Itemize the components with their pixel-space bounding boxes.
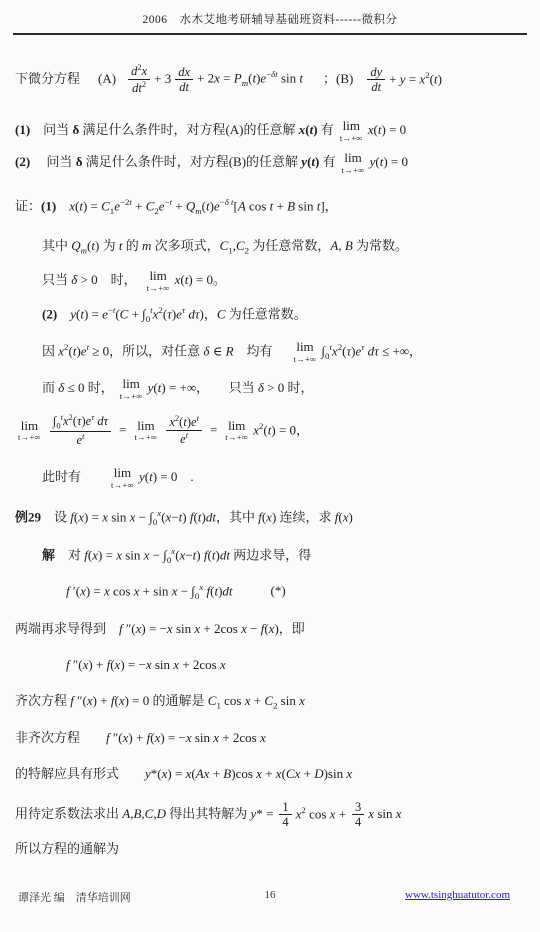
proof-nonneg-text: 因 x2(t)et ≥ 0，所以，对任意 δ ∈ R 均有 [42,341,286,361]
math-fraction-x2et-over-et: x2(t)et et [166,414,202,445]
undetermined-coefficients-text: 用待定系数法求出 A,B,C,D 得出其特解为 y* = [15,805,273,824]
math-fraction-dy-dt: dy dt [367,65,385,94]
proof-limit-x-value: x(t) = 0。 [175,271,226,290]
equals-sign: = [210,421,217,440]
equation-b-label: ；(B) [323,70,353,89]
equals-sign: = [119,421,126,440]
math-fraction-integral-over-et: ∫0tx2(τ)eτ dτ et [50,413,111,447]
limit-operator: lim t→+∞ [18,419,41,442]
equation-star-tag: (*) [271,582,286,601]
question-1-text: (1) 问当 δ 满足什么条件时，对方程(A)的任意解 x(t) 有 [15,121,334,140]
equation-intro-text: 下微分方程 [15,70,80,89]
equation-a-mid: + 3 [154,70,171,89]
line-solution-derivative-2: 两端再求导得到 f ″(x) = −x sin x + 2cos x − f(x… [15,620,305,639]
limit-operator: lim t→+∞ [294,340,317,363]
proof-limit-y-infinity: y(t) = +∞， 只当 δ > 0 时， [148,379,314,398]
limit-operator: lim t→+∞ [120,377,143,400]
document-page: 2006 水木艾地考研辅导基础班资料------微积分 下微分方程 (A) d2… [0,0,540,932]
line-proof-limit-equation: lim t→+∞ ∫0tx2(τ)eτ dτ et = lim t→+∞ x2(… [15,402,309,458]
line-undetermined-coefficients: 用待定系数法求出 A,B,C,D 得出其特解为 y* = 1 4 x2 cos … [15,797,402,831]
line-question-1: (1) 问当 δ 满足什么条件时，对方程(A)的任意解 x(t) 有 lim t… [15,119,406,142]
limit-operator: lim t→+∞ [111,466,134,489]
equation-b-rhs: + y = x2(t) [389,69,442,89]
limit-operator: lim t→+∞ [134,419,157,442]
line-proof-conclusion: 此时有 lim t→+∞ y(t) = 0 . [42,466,194,489]
footer-website-link[interactable]: www.tsinghuatutor.com [405,889,510,901]
question-2-text: (2) 问当 δ 满足什么条件时，对方程(B)的任意解 y(t) 有 [15,153,336,172]
question-2-limit-value: y(t) = 0 [370,153,408,172]
line-homogeneous-solution: 齐次方程 f ″(x) + f(x) = 0 的通解是 C1 cos x + C… [15,692,305,712]
equation-a-label: (A) [98,70,116,89]
question-1-limit-value: x(t) = 0 [368,121,406,140]
line-proof-solution-x: 证：(1) x(t) = C1e−2t + C2e−t + Qm(t)e−δ t… [15,196,338,218]
math-fraction-dx-dt: dx dt [175,65,193,94]
line-nonhomogeneous-equation: 非齐次方程 f ″(x) + f(x) = −x sin x + 2cos x [15,729,266,748]
math-fraction-one-fourth: 1 4 [279,800,291,829]
math-fraction-three-fourths: 3 4 [352,800,364,829]
proof-delta-nonpositive-text: 而 δ ≤ 0 时， [42,379,114,398]
line-general-solution-intro: 所以方程的通解为 [15,840,119,859]
particular-solution-tail: x sin x [368,805,401,824]
equation-a-rhs: + 2x = Pm(t)e−δt sin t [197,68,303,90]
proof-delta-condition-text: 只当 δ > 0 时， [42,271,137,290]
limit-operator: lim t→+∞ [342,151,365,174]
line-proof-delta-nonpositive: 而 δ ≤ 0 时， lim t→+∞ y(t) = +∞， 只当 δ > 0 … [42,377,314,400]
limit-operator: lim t→+∞ [340,119,363,142]
header-rule [13,33,527,35]
line-proof-integral-bound: 因 x2(t)et ≥ 0，所以，对任意 δ ∈ R 均有 lim t→+∞ ∫… [42,340,422,363]
proof-limit-equation-tail: x2(t) = 0， [253,420,309,440]
page-header-title: 2006 水木艾地考研辅导基础班资料------微积分 [0,11,540,27]
proof-conclusion-text: 此时有 [42,468,81,487]
line-question-2: (2) 问当 δ 满足什么条件时，对方程(B)的任意解 y(t) 有 lim t… [15,151,408,174]
limit-operator: lim t→+∞ [147,269,170,292]
proof-integral-bound-value: ∫0tx2(τ)eτ dτ ≤ +∞， [321,341,422,363]
line-solution-step-1: 解 对 f(x) = x sin x − ∫0x(x−t) f(t)dt 两边求… [42,545,311,567]
proof-limit-y-zero: y(t) = 0 . [139,468,194,487]
limit-operator: lim t→+∞ [225,419,248,442]
math-fraction-d2x-dt2: d2x dt2 [128,63,150,94]
particular-solution-mid: x2 cos x + [296,804,346,824]
line-equations: 下微分方程 (A) d2x dt2 + 3 dx dt + 2x = Pm(t)… [15,58,442,100]
line-solution-derivative-1: f ′(x) = x cos x + sin x − ∫0x f(t)dt (*… [66,581,286,603]
line-proof-polynomial-note: 其中 Qm(t) 为 t 的 m 次多项式，C1,C2 为任意常数，A, B 为… [42,237,408,257]
line-proof-solution-y: (2) y(t) = e−t(C + ∫0tx2(τ)eτ dτ)，C 为任意常… [42,304,307,326]
line-particular-solution-form: 的特解应具有形式 y*(x) = x(Ax + B)cos x + x(Cx +… [15,765,352,784]
solution-derivative-1-formula: f ′(x) = x cos x + sin x − ∫0x f(t)dt [66,581,233,603]
line-example-29-title: 例29 设 f(x) = x sin x − ∫0x(x−t) f(t)dt，其… [15,507,353,529]
line-solution-ode: f ″(x) + f(x) = −x sin x + 2cos x [66,656,226,675]
line-proof-delta-condition-x: 只当 δ > 0 时， lim t→+∞ x(t) = 0。 [42,269,226,292]
